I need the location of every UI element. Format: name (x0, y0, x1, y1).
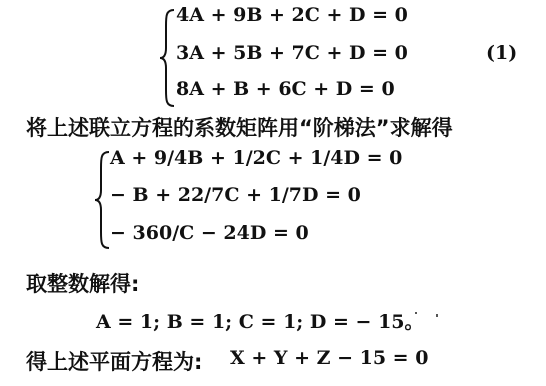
integer-solution-label: 取整数解得: (26, 268, 139, 298)
equation-row: A + 9/4B + 1/2C + 1/4D = 0 (110, 147, 402, 169)
intro-text: 将上述联立方程的系数矩阵用“阶梯法”求解得 (26, 112, 453, 142)
result-equation: X + Y + Z − 15 = 0 (230, 347, 428, 369)
equation-row: − 360/C − 24D = 0 (110, 222, 309, 244)
equation-row: 3A + 5B + 7C + D = 0 (176, 42, 408, 64)
result-label: 得上述平面方程为: (26, 346, 202, 376)
equation-row: 4A + 9B + 2C + D = 0 (176, 4, 408, 26)
equation-row: 8A + B + 6C + D = 0 (176, 78, 395, 100)
speck (436, 314, 438, 317)
equation-number: (1) (486, 42, 517, 64)
solution-values: A = 1; B = 1; C = 1; D = − 15。 (96, 307, 424, 334)
speck (415, 312, 417, 314)
equation-row: − B + 22/7C + 1/7D = 0 (110, 184, 361, 206)
left-brace-icon (158, 8, 178, 108)
